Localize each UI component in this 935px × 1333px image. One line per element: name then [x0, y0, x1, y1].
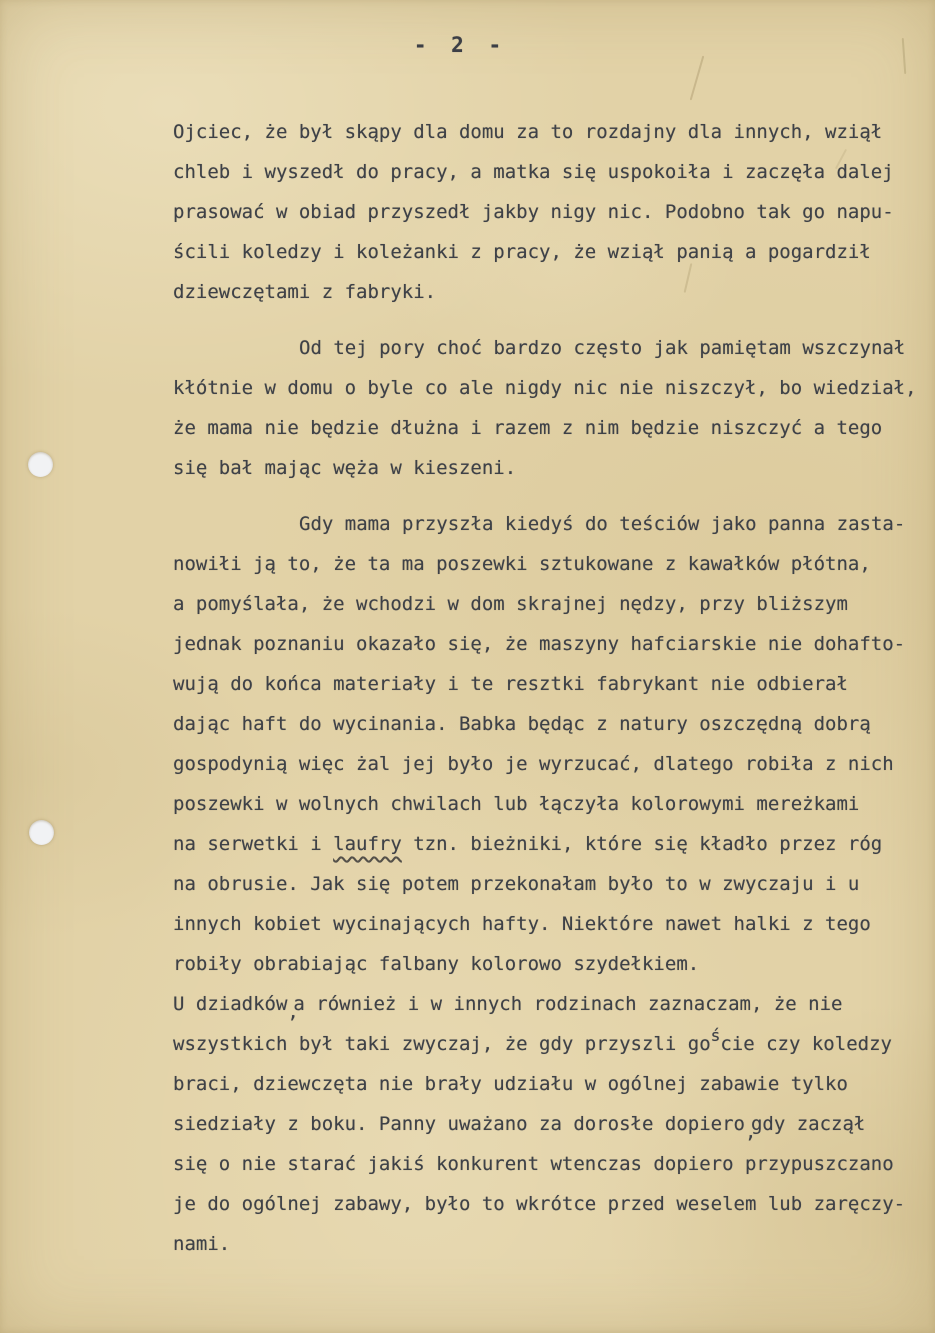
paragraph: Gdy mama przyszła kiedyś do teściów jako… [173, 504, 935, 984]
paragraph: U dziadków,a również i w innych rodzinac… [173, 984, 935, 1264]
text-segment: gdy zaczął [751, 1113, 865, 1135]
text-segment: a również i w innych rodzinach zaznaczam… [293, 993, 842, 1015]
text-line: siedziały z boku. Panny uważano za doros… [173, 1104, 935, 1144]
text-line: Ojciec, że był skąpy dla domu za to rozd… [173, 112, 935, 152]
paragraph: Od tej pory choć bardzo często jak pamię… [173, 328, 935, 488]
text-segment: wszystkich był taki zwyczaj, że gdy przy… [173, 1033, 711, 1055]
scanned-typewritten-page: { "colors": { "paper": "#e2d2a7", "ink":… [0, 0, 935, 1333]
text-line: się bał mając węża w kieszeni. [173, 448, 935, 488]
text-segment: na serwetki i [173, 833, 333, 855]
text-segment: , [287, 992, 293, 1032]
text-segment: siedziały z boku. Panny uważano za doros… [173, 1113, 745, 1135]
punch-hole [28, 452, 53, 477]
text-line: poszewki w wolnych chwilach lub łączyła … [173, 784, 935, 824]
page-number: - 2 - [0, 33, 917, 57]
text-line: wują do końca materiały i te resztki fab… [173, 664, 935, 704]
text-line: dając haft do wycinania. Babka będąc z n… [173, 704, 935, 744]
text-segment: tzn. bieżniki, które się kładło przez ró… [402, 833, 882, 855]
text-line: prasować w obiad przyszedł jakby nigy ni… [173, 192, 935, 232]
text-line: ścili koledzy i koleżanki z pracy, że wz… [173, 232, 935, 272]
text-line: nowiłi ją to, że ta ma poszewki sztukowa… [173, 544, 935, 584]
wavy-underlined-word: laufry [333, 833, 402, 855]
text-line: innych kobiet wycinających hafty. Niektó… [173, 904, 935, 944]
text-line: Gdy mama przyszła kiedyś do teściów jako… [173, 504, 935, 544]
text-line: na obrusie. Jak się potem przekonałam by… [173, 864, 935, 904]
paragraph: Ojciec, że był skąpy dla domu za to rozd… [173, 112, 935, 312]
text-line: braci, dziewczęta nie brały udziału w og… [173, 1064, 935, 1104]
typewritten-text-block: Ojciec, że był skąpy dla domu za to rozd… [173, 112, 935, 1264]
text-line: gospodynią więc żal jej było je wyrzucać… [173, 744, 935, 784]
text-segment: ś [711, 1016, 721, 1056]
text-segment: cie czy koledzy [720, 1033, 892, 1055]
text-line: robiły obrabiając falbany kolorowo szyde… [173, 944, 935, 984]
text-line: a pomyślała, że wchodzi w dom skrajnej n… [173, 584, 935, 624]
text-segment: U dziadków [173, 993, 287, 1015]
punch-hole [29, 820, 54, 845]
text-line: nami. [173, 1224, 935, 1264]
text-line: chleb i wyszedł do pracy, a matka się us… [173, 152, 935, 192]
text-line: na serwetki i laufry tzn. bieżniki, któr… [173, 824, 935, 864]
text-line: dziewczętami z fabryki. [173, 272, 935, 312]
text-line: je do ogólnej zabawy, było to wkrótce pr… [173, 1184, 935, 1224]
text-line: się o nie starać jakiś konkurent wtencza… [173, 1144, 935, 1184]
text-line: jednak poznaniu okazało się, że maszyny … [173, 624, 935, 664]
text-segment: , [745, 1112, 751, 1152]
text-line: kłótnie w domu o byle co ale nigdy nic n… [173, 368, 935, 408]
text-line: że mama nie będzie dłużna i razem z nim … [173, 408, 935, 448]
text-line: U dziadków,a również i w innych rodzinac… [173, 984, 935, 1024]
text-line: Od tej pory choć bardzo często jak pamię… [173, 328, 935, 368]
